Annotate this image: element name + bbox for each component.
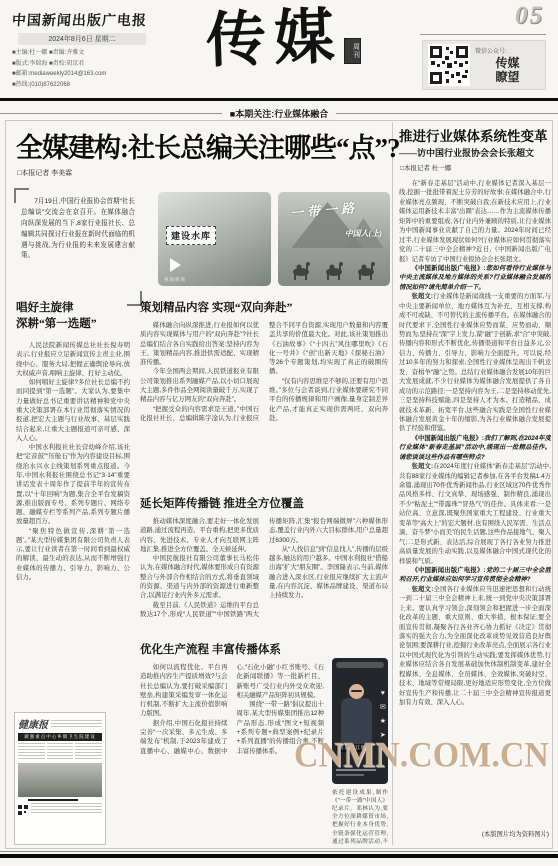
qa-answer: 张超文:全国各行业媒体应当迅速把思想和行动统一到二十届三中全会精神上来,统一到党…	[399, 585, 551, 708]
paragraph: 如何唱好主旋律?多位社长总编不约而同提到“第一选题”。大家认为,要集中力量做好总…	[16, 378, 130, 443]
qa-text: 全国各行业媒体应当迅速把思想和行动统一到二十届三中全会精神上来,统一到党中央决策…	[399, 586, 551, 706]
section1-heading-line2: 深耕“第一选题”	[16, 316, 134, 332]
side-lead: 在“新春走基层”活动中,行业媒体记者深入基层一线,挖掘一批批带着泥土芬芳的好故事…	[399, 179, 551, 264]
camel-caravan-icon	[286, 257, 386, 281]
header-rule	[0, 98, 558, 101]
paragraph: 中国水利报社社长营幼峰介绍,该社把“定音鼓”“压舱石”作为内容建设目标,围绕治水…	[16, 443, 130, 527]
section1-heading: 唱好主旋律 深耕“第一选题”	[16, 300, 134, 332]
banner-line-left	[0, 113, 222, 114]
paragraph: 如何以流程优化、平台再造助推内容生产提质增效?与会社长总编认为,要打破采编部门壁…	[140, 663, 228, 719]
wechat-box: 微信公众号: 传媒 瞭望	[422, 40, 546, 90]
footer-rule-thick	[0, 854, 558, 858]
contact-hotline: ■热线:(010)87622068	[12, 80, 164, 91]
qa-speaker: 张超文:	[412, 586, 434, 593]
staff-line-1: ■主编:杜一娜 ■责编:齐雅文	[12, 48, 164, 59]
side-subhead: ——访中国行业报协会会长张超文	[399, 146, 551, 159]
qa-answer: 张超文:行业媒体是新闻战线一支重要的方面军,与中央主要新闻单位、地方媒体互为补充…	[399, 292, 551, 434]
wechat-account-line2: 瞭望	[475, 70, 540, 84]
clipping-text-column	[18, 743, 45, 761]
video-label: 建设水库	[166, 226, 216, 245]
paragraph: “聚焦特色做宣传,深耕‘第一选题’。”某大型传媒集团有限公司负责人表示,要让行业…	[16, 527, 130, 583]
clipping-photo	[18, 763, 102, 797]
paragraph: 推动媒体深度融合,要走好一体化发展道路,通过流程再造、平台重构,把更多优质内容、…	[140, 517, 259, 554]
site-watermark: CNMN.COM.CN	[294, 736, 549, 776]
clipping-masthead: 健康报	[18, 716, 48, 731]
main-headline: 全媒建构:社长总编关注哪些“点”?	[16, 126, 390, 165]
phone-image-caption: 依托建设成果,制作《“一带一路”中国人》纪录片。邓林认为,要全方位深耕媒资市场,…	[332, 789, 388, 844]
paragraph: 从“人找信息”到“信息找人”,传播的层级越多,触达的用户越多。中国水利报社“借船…	[269, 545, 388, 601]
qa-question: 《中国新闻出版广电报》:您如何看待行业媒体与中央主流媒体及地方媒体的关系?行业媒…	[399, 264, 551, 292]
video-caption: 视频截图	[164, 277, 186, 283]
video-thumbnail-reservoir: 建设水库 视频截图	[158, 192, 271, 286]
comment-icon: ✉	[380, 704, 386, 711]
qa-text: 在2024年度行业媒体“新春走基层”活动中,共有88家行业媒体的编辑记者参加,在…	[399, 463, 551, 564]
qa-answer: 张超文:在2024年度行业媒体“新春走基层”活动中,共有88家行业媒体的编辑记者…	[399, 462, 551, 566]
section2-heading: 策划精品内容 实现“双向奔赴”	[140, 300, 388, 316]
paragraph: “仅有内容思维是不够的,还要有用户思维。”多位与会者谈到,行业媒体要研究不同平台…	[269, 377, 388, 423]
weekly-seal: 周刊	[344, 38, 361, 64]
issue-date: 2024年8月6日 星期二	[18, 33, 146, 45]
clipping-qr-icon	[18, 805, 28, 815]
section4-heading: 优化生产流程 丰富传播体系	[140, 642, 388, 658]
paragraph: 人民法院新闻传媒总社社长倪寿明表示,行业报应立足新闻宣传主责主业,围绕中心、服务…	[16, 341, 130, 378]
star-icon: ★	[380, 718, 386, 725]
play-icon	[170, 258, 181, 272]
qa-speaker: 《中国新闻出版广电报》:	[412, 435, 484, 442]
section2-body: 媒体融合向纵深推进,行业报如何以优质内容实现媒体与用户的“双向奔赴”?社长总编们…	[140, 321, 388, 489]
side-byline: □本报记者 杜一娜	[400, 163, 451, 172]
video-title-calligraphy: 一带一路	[289, 197, 358, 222]
section3-heading: 延长矩阵传播链 推进全方位覆盖	[140, 496, 388, 512]
qa-question: 《中国新闻出版广电报》:我们了解到,在2024年度行业媒体“新春走基层”活动中,…	[399, 434, 551, 462]
staff-line-2: ■版式:李瑞海 ■责校:胡京君	[12, 59, 164, 70]
wechat-label: 微信公众号:	[475, 46, 540, 55]
clipping-text-column	[75, 743, 102, 761]
wechat-account-line1: 传媒	[475, 56, 540, 70]
video-thumbnails: 建设水库 视频截图 一带一路 中国人(上)	[158, 192, 390, 286]
contact-email: ■邮箱:mediaweekly2014@163.com	[12, 69, 164, 80]
banner-line-right	[336, 113, 558, 114]
qr-code-icon	[428, 44, 470, 86]
video-subtitle: 中国人(上)	[345, 228, 382, 239]
glasses-shape	[351, 690, 362, 692]
qa-text: 行业媒体是新闻战线一支重要的方面军,与中央主要新闻单位、地方媒体互为补充、互相支…	[399, 293, 551, 432]
qa-speaker: 张超文:	[412, 463, 434, 470]
side-article-body: 在“新春走基层”活动中,行业媒体记者深入基层一线,挖掘一批批带着泥土芬芳的好故事…	[399, 179, 551, 823]
paragraph: 媒体融合向纵深推进,行业报如何以优质内容实现媒体与用户的“双向奔赴”?社长总编们…	[140, 321, 259, 367]
paragraph: 中国民航报社有限公司董事长马松伟认为,在媒体融合时代,媒体要形成自有资源整合与外…	[140, 554, 259, 600]
focus-banner-text: ■本期关注:行业媒体融合	[230, 107, 328, 120]
clipping-header-textlines	[51, 720, 102, 728]
masthead: 中国新闻出版广电报 2024年8月6日 星期二 ■主编:杜一娜 ■责编:齐雅文 …	[12, 10, 164, 90]
section1-heading-line1: 唱好主旋律	[16, 300, 134, 316]
search-bar	[336, 662, 384, 668]
footer-rule-thin	[0, 851, 558, 852]
lead-paragraph: 7月19日,中国行业报协会首期“社长总编谈”交流会在京召开。在媒体融合向纵深发展…	[21, 197, 135, 262]
lead-quote-block: 7月19日,中国行业报协会首期“社长总编谈”交流会在京召开。在媒体融合向纵深发展…	[14, 188, 142, 306]
focus-banner: ■本期关注:行业媒体融合	[0, 107, 558, 120]
clipping-footer-textlines	[31, 803, 102, 815]
section3-body: 推动媒体深度融合,要走好一体化发展道路,通过流程再造、平台重构,把更多优质内容、…	[140, 517, 388, 636]
clipping-subheadline-bar	[28, 799, 78, 801]
nameplate: 传媒周刊	[178, 6, 388, 72]
page-title: 传媒	[204, 4, 342, 75]
heart-icon: ♥	[380, 690, 386, 697]
qa-speaker: 《中国新闻出版广电报》:	[412, 265, 486, 272]
clipping-headline: 做强重点中心乡镇卫生院建设	[18, 733, 102, 741]
page-number: 05	[515, 2, 544, 30]
side-headline: 推进行业媒体系统性变革	[399, 125, 551, 145]
newspaper-clipping: 健康报 做强重点中心乡镇卫生院建设	[14, 712, 106, 845]
photo-credit-note: (本版图片均为资料图片)	[399, 829, 549, 838]
video-thumbnail-silk-road: 一带一路 中国人(上)	[278, 192, 391, 286]
paragraph: 今年全国两会期间,人民铁道报业有限公司策划推出系列融媒产品,以小切口展现大主题,…	[140, 367, 259, 404]
reaction-icons: ♥ ✉ ★ ➤	[380, 690, 386, 739]
newspaper-brand: 中国新闻出版广电报	[11, 10, 164, 30]
qa-question: 《中国新闻出版广电报》:党的二十届三中全会胜利召开,行业媒体应如何学习宣传贯彻全…	[399, 566, 551, 585]
page-number-rule	[420, 34, 546, 35]
clipping-text-column	[47, 743, 74, 761]
qa-speaker: 《中国新闻出版广电报》:	[412, 567, 486, 574]
section1-body: 人民法院新闻传媒总社社长倪寿明表示,行业报应立足新闻宣传主责主业,围绕中心、服务…	[16, 341, 130, 707]
qa-speaker: 张超文:	[412, 293, 433, 300]
main-byline: □本报记者 李美霖	[17, 168, 72, 178]
